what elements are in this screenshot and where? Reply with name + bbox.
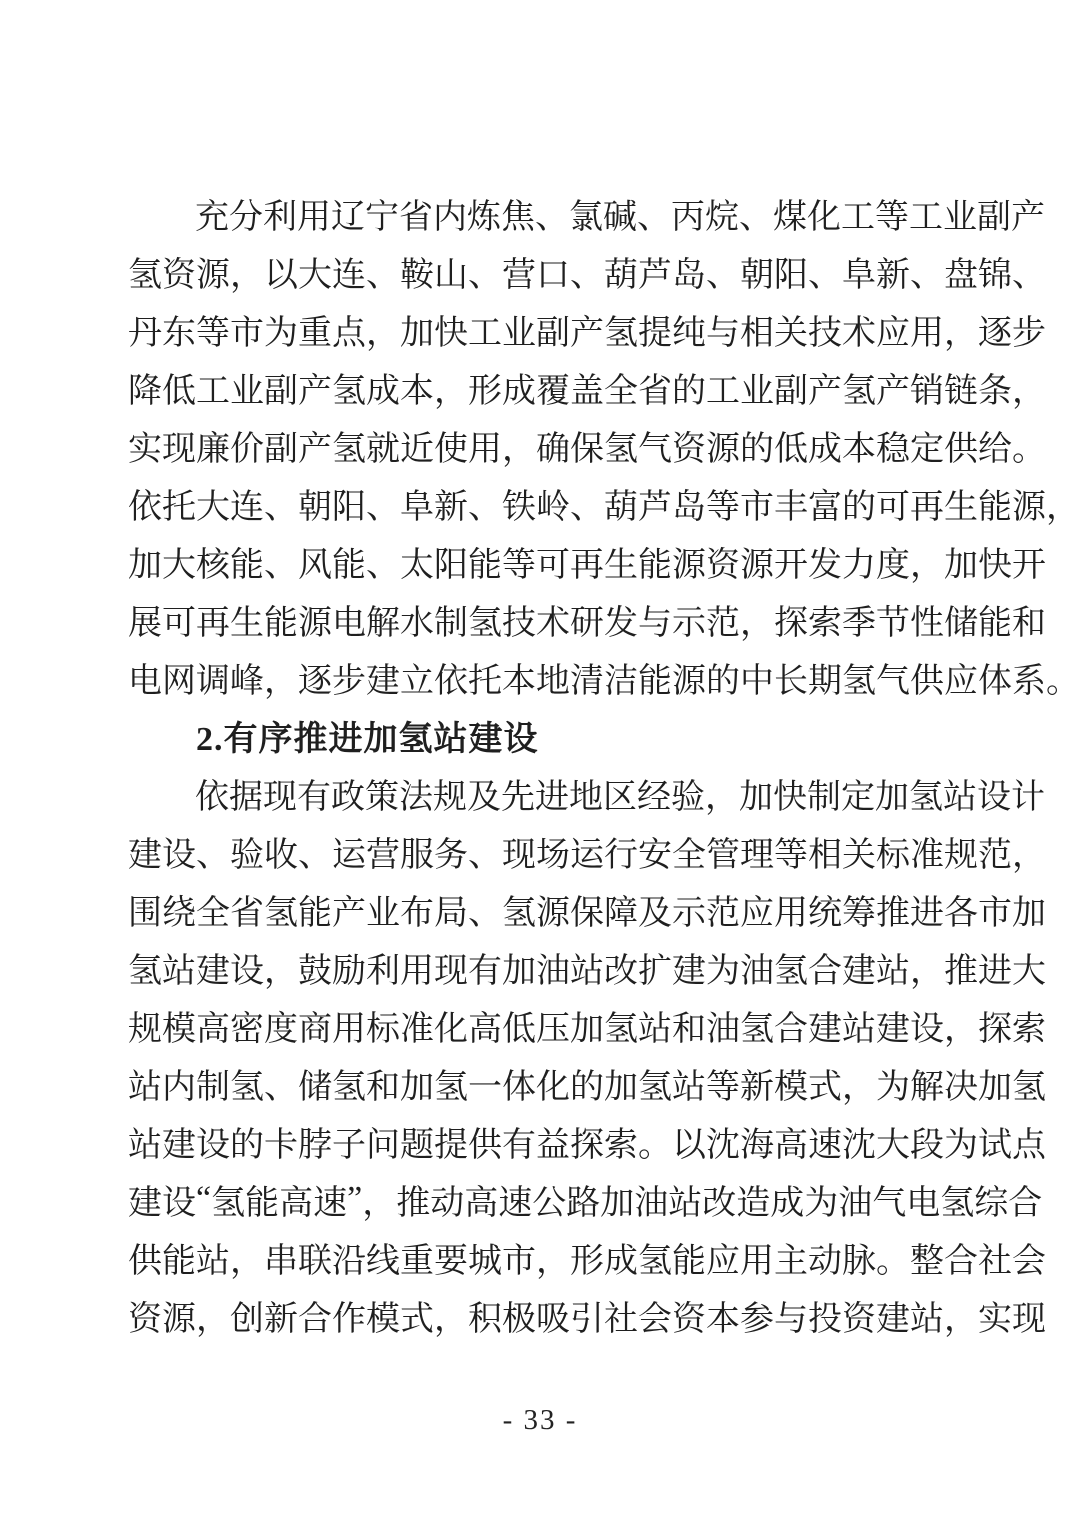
text-line: 氢站建设，鼓励利用现有加油站改扩建为油氢合建站，推进大 — [128, 938, 942, 996]
text-line: 供能站，串联沿线重要城市，形成氢能应用主动脉。整合社会 — [128, 1228, 942, 1286]
text-line: 充分利用辽宁省内炼焦、氯碱、丙烷、煤化工等工业副产 — [128, 184, 942, 242]
page-number: - 33 - — [0, 1404, 1080, 1437]
text-line: 围绕全省氢能产业布局、氢源保障及示范应用统筹推进各市加 — [128, 880, 942, 938]
text-line: 加大核能、风能、太阳能等可再生能源资源开发力度，加快开 — [128, 532, 942, 590]
text-line: 站内制氢、储氢和加氢一体化的加氢站等新模式，为解决加氢 — [128, 1054, 942, 1112]
text-line: 降低工业副产氢成本，形成覆盖全省的工业副产氢产销链条， — [128, 358, 942, 416]
text-line: 实现廉价副产氢就近使用，确保氢气资源的低成本稳定供给。 — [128, 416, 942, 474]
section-heading: 2.有序推进加氢站建设 — [128, 706, 942, 764]
document-page: 充分利用辽宁省内炼焦、氯碱、丙烷、煤化工等工业副产氢资源，以大连、鞍山、营口、葫… — [0, 0, 1080, 1526]
text-line: 依托大连、朝阳、阜新、铁岭、葫芦岛等市丰富的可再生能源， — [128, 474, 942, 532]
text-line: 丹东等市为重点，加快工业副产氢提纯与相关技术应用，逐步 — [128, 300, 942, 358]
text-line: 规模高密度商用标准化高低压加氢站和油氢合建站建设，探索 — [128, 996, 942, 1054]
text-line: 氢资源，以大连、鞍山、营口、葫芦岛、朝阳、阜新、盘锦、 — [128, 242, 942, 300]
page-body-text: 充分利用辽宁省内炼焦、氯碱、丙烷、煤化工等工业副产氢资源，以大连、鞍山、营口、葫… — [128, 184, 942, 1344]
text-line: 电网调峰，逐步建立依托本地清洁能源的中长期氢气供应体系。 — [128, 648, 942, 706]
text-line: 依据现有政策法规及先进地区经验，加快制定加氢站设计 — [128, 764, 942, 822]
text-line: 站建设的卡脖子问题提供有益探索。以沈海高速沈大段为试点 — [128, 1112, 942, 1170]
text-line: 建设“氢能高速”，推动高速公路加油站改造成为油气电氢综合 — [128, 1170, 942, 1228]
text-line: 建设、验收、运营服务、现场运行安全管理等相关标准规范， — [128, 822, 942, 880]
text-line: 资源，创新合作模式，积极吸引社会资本参与投资建站，实现 — [128, 1286, 942, 1344]
text-line: 展可再生能源电解水制氢技术研发与示范，探索季节性储能和 — [128, 590, 942, 648]
